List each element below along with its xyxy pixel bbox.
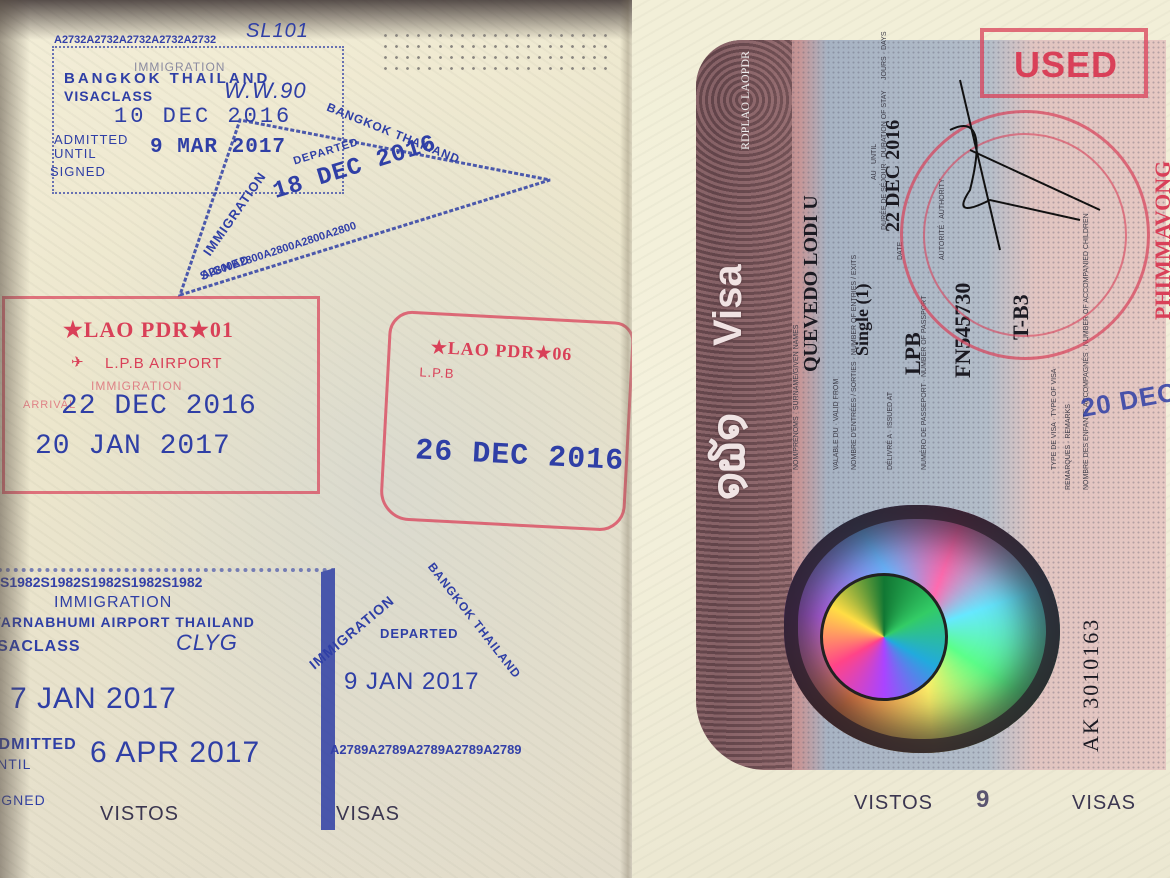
- signed-label: SIGNED: [50, 164, 106, 179]
- duration-unit: JOURS · DAYS: [880, 32, 889, 81]
- footer-visas-right: VISAS: [1072, 792, 1136, 815]
- suv-visaclass-label: VISACLASS: [0, 638, 81, 656]
- stamp-suvarnabhumi-arrival: S1982S1982S1982S1982S1982 IMMIGRATION SU…: [0, 568, 335, 830]
- plane-icon: ✈: [71, 353, 85, 371]
- departure2-label: DEPARTED: [380, 626, 459, 641]
- departure2-serial: A2789A2789A2789A2789A2789: [330, 742, 522, 757]
- suv-header: IMMIGRATION: [54, 594, 172, 612]
- left-visa-page: SL101 A2732A2732A2732A2732A2732 IMMIGRAT…: [0, 0, 632, 878]
- hologram-emblem: [820, 573, 948, 701]
- footer-visas: VISAS: [336, 803, 400, 826]
- signature: [930, 70, 1110, 270]
- visa-lao-number: ໑໖໑: [704, 413, 755, 500]
- official-name: PHIMMAVONG: [1150, 161, 1170, 320]
- footer-vistos: VISTOS: [100, 803, 179, 826]
- passport-label: NUMÉRO DE PASSEPORT · NUMBER OF PASSPORT: [920, 296, 929, 470]
- issued-at-label: DÉLIVRÉ A · ISSUED AT: [886, 392, 895, 470]
- until-label: AU · UNTIL: [870, 144, 879, 180]
- departure2-location: BANGKOK THAILAND: [425, 560, 524, 681]
- visa-title: Visa: [706, 264, 751, 346]
- suv-serial: S1982S1982S1982S1982S1982: [0, 574, 202, 590]
- visa-serial-number: AK 3010163: [1078, 618, 1104, 752]
- lao-arrival-date: 22 DEC 2016: [61, 391, 257, 422]
- lao-stamp-location: L.P.B AIRPORT: [105, 355, 223, 372]
- suv-location: SUVARNABHUMI AIRPORT THAILAND: [0, 614, 255, 630]
- suv-date: 7 JAN 2017: [10, 682, 177, 716]
- page-number: 9: [976, 786, 990, 814]
- footer-vistos-right: VISTOS: [854, 792, 933, 815]
- suv-signed-label: SIGNED: [0, 792, 46, 808]
- page-perforation: [380, 30, 610, 70]
- name-value: QUEVEDO LODI U: [800, 195, 823, 372]
- remarks-label: REMARQUES · REMARKS: [1064, 404, 1073, 490]
- stamp-lao-departure: ★LAO PDR★06 L.P.B 26 DEC 2016: [379, 310, 632, 533]
- lao-dep-location: L.P.B: [419, 364, 455, 381]
- visaclass-label: VISACLASS: [64, 88, 153, 104]
- visa-issuer: RDPLAO LAOPDR: [738, 51, 753, 150]
- departure2-date: 9 JAN 2017: [344, 668, 479, 696]
- suv-admitted-label: ADMITTED: [0, 736, 77, 754]
- admitted-label: ADMITTED: [54, 132, 128, 147]
- visa-type-label: TYPE DE VISA · TYPE OF VISA: [1050, 369, 1059, 470]
- suv-until-date: 6 APR 2017: [90, 736, 260, 770]
- passport-photo: SL101 A2732A2732A2732A2732A2732 IMMIGRAT…: [0, 0, 1170, 878]
- handwritten-note: SL101: [246, 20, 309, 43]
- suv-visaclass-value: CLYG: [176, 630, 238, 656]
- suv-until-label: UNTIL: [0, 756, 31, 772]
- lao-dep-header: ★LAO PDR★06: [430, 337, 573, 365]
- until-label: UNTIL: [54, 146, 97, 161]
- lao-until-date: 20 JAN 2017: [35, 431, 231, 462]
- stamp-lao-arrival: ★LAO PDR★01 ✈ L.P.B AIRPORT IMMIGRATION …: [2, 296, 320, 494]
- valid-from-label: VALABLE DU · VALID FROM: [832, 379, 841, 470]
- lao-stamp-header: ★LAO PDR★01: [63, 317, 234, 343]
- stamp-serial: A2732A2732A2732A2732A2732: [54, 34, 216, 46]
- lao-departure-date: 26 DEC 2016: [414, 434, 625, 479]
- entries-value: Single (1): [852, 283, 873, 356]
